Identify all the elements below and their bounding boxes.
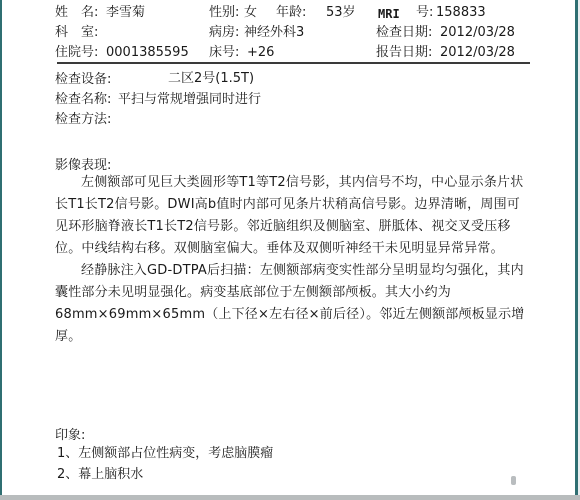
exam-device-label: 检查设备: [55, 72, 111, 88]
findings-paragraph-2: 经静脉注入GD-DTPA后扫描：左侧额部病变实性部分呈明显均匀强化，其内囊性部分… [55, 260, 525, 348]
admission-number-value: 0001385595 [106, 45, 189, 61]
window-border-left [0, 0, 2, 500]
exam-device-value: 二区2号(1.5T) [168, 71, 254, 87]
ward-label: 病房: [209, 25, 239, 41]
findings-paragraph-1-text: 左侧额部可见巨大类圆形等T1等T2信号影，其内信号不均，中心显示条片状长T1长T… [55, 175, 523, 256]
findings-paragraph-1: 左侧额部可见巨大类圆形等T1等T2信号影，其内信号不均，中心显示条片状长T1长T… [55, 172, 525, 260]
exam-date-label: 检查日期: [376, 25, 432, 41]
impression-item-1: 1、左侧额部占位性病变，考虑脑膜瘤 [57, 446, 273, 462]
header-divider [57, 62, 530, 64]
exam-date-value: 2012/03/28 [440, 25, 515, 41]
window-border-bottom [0, 495, 580, 500]
mri-label: MRI [378, 6, 400, 22]
age-value: 53岁 [326, 5, 356, 21]
admission-number-label: 住院号: [55, 45, 98, 61]
department-label: 科 室: [55, 25, 98, 41]
gender-value: 女 [244, 5, 257, 21]
gender-label: 性别: [209, 5, 239, 21]
exam-method-label: 检查方法: [55, 112, 111, 128]
exam-name-value: 平扫与常规增强同时进行 [118, 92, 261, 108]
mri-number-label: 号: [416, 5, 433, 21]
report-date-value: 2012/03/28 [440, 45, 515, 61]
mri-number-value: 158833 [436, 5, 486, 21]
bed-number-value: +26 [247, 45, 274, 61]
patient-name-label: 姓 名: [55, 5, 98, 21]
report-date-label: 报告日期: [376, 45, 432, 61]
cursor-mark-icon [511, 476, 516, 485]
impression-item-2: 2、幕上脑积水 [57, 467, 143, 483]
bed-number-label: 床号: [209, 45, 239, 61]
patient-name-value: 李雪菊 [106, 5, 145, 21]
exam-name-label: 检查名称: [55, 92, 111, 108]
age-label: 年龄: [276, 5, 306, 21]
findings-paragraph-2-text: 经静脉注入GD-DTPA后扫描：左侧额部病变实性部分呈明显均匀强化，其内囊性部分… [55, 263, 524, 344]
ward-value: 神经外科3 [244, 25, 304, 41]
impression-title: 印象: [55, 428, 85, 444]
